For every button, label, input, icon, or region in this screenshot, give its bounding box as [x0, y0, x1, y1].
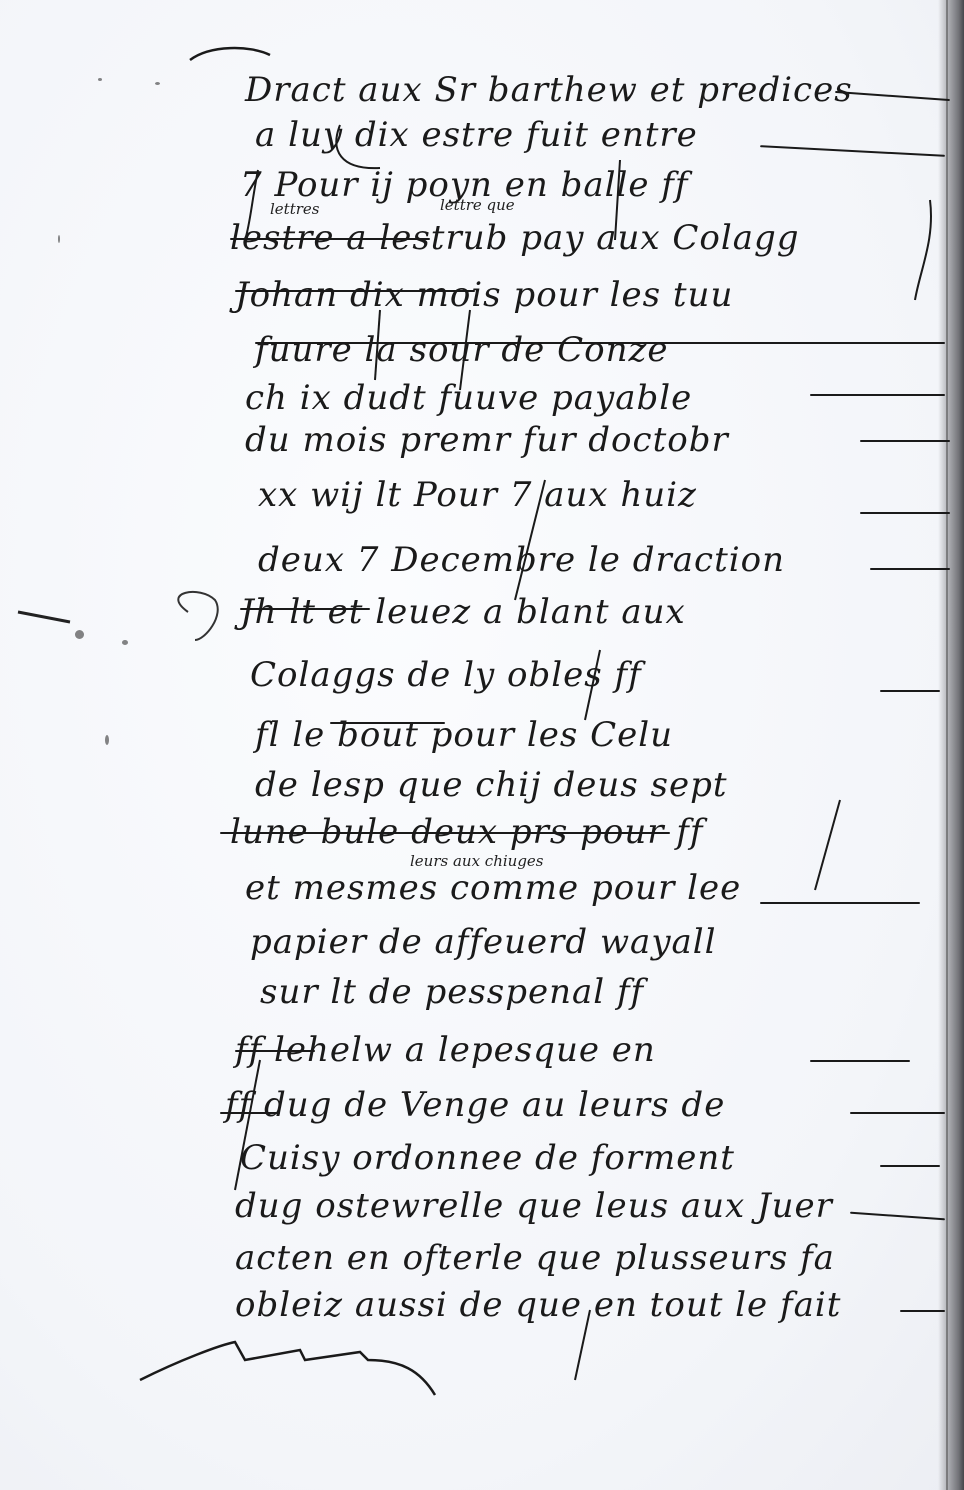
interlinear-note: lettres — [270, 200, 319, 218]
manuscript-line-14: de lesp que chij deus sept — [255, 765, 728, 805]
manuscript-line-20: ff dug de Venge au leurs de — [225, 1085, 725, 1125]
manuscript-line-21: Cuisy ordonnee de forment — [240, 1138, 735, 1178]
strikethrough — [240, 608, 370, 610]
manuscript-line-5: Johan dix mois pour les tuu — [235, 275, 733, 315]
line-flourish — [850, 1112, 945, 1114]
strikethrough — [220, 1112, 280, 1114]
line-flourish — [880, 690, 940, 692]
manuscript-line-8: du mois premr fur doctobr — [245, 420, 729, 460]
line-flourish — [880, 1165, 940, 1167]
line-flourish — [810, 1060, 910, 1062]
manuscript-line-16: et mesmes comme pour lee — [245, 868, 741, 908]
manuscript-line-17: papier de affeuerd wayall — [250, 922, 717, 962]
strikethrough — [235, 1050, 315, 1052]
line-flourish — [900, 1310, 945, 1312]
manuscript-line-1: Dract aux Sr barthew et predices — [245, 70, 853, 110]
strikethrough — [235, 290, 475, 292]
manuscript-line-7: ch ix dudt fuuve payable — [245, 378, 692, 418]
manuscript-line-11: Jh lt et leuez a blant aux — [240, 592, 686, 632]
manuscript-page: Dract aux Sr barthew et predices a luy d… — [0, 0, 964, 1490]
manuscript-line-23: acten en ofterle que plusseurs fa — [235, 1238, 835, 1278]
manuscript-line-2: a luy dix estre fuit entre — [255, 115, 698, 155]
strikethrough — [255, 342, 945, 344]
interlinear-note: lettre que — [440, 196, 515, 214]
manuscript-line-24: obleiz aussi de que en tout le fait — [235, 1285, 841, 1325]
manuscript-line-9: xx wij lt Pour 7 aux huiz — [258, 475, 697, 515]
line-flourish — [860, 512, 950, 514]
line-flourish — [760, 902, 920, 904]
manuscript-line-18: sur lt de pesspenal ff — [260, 972, 644, 1012]
line-flourish — [860, 440, 950, 442]
line-flourish — [870, 568, 950, 570]
strikethrough — [230, 238, 430, 240]
manuscript-line-12: Colaggs de ly obles ff — [250, 655, 642, 695]
strikethrough — [220, 832, 670, 834]
manuscript-line-13: fl le bout pour les Celu — [255, 715, 673, 755]
manuscript-line-6: fuure la sour de Conze — [255, 330, 669, 370]
manuscript-line-10: deux 7 Decembre le draction — [258, 540, 785, 580]
strikethrough — [330, 722, 445, 724]
manuscript-line-22: dug ostewrelle que leus aux Juer — [235, 1186, 833, 1226]
line-flourish — [810, 394, 945, 396]
